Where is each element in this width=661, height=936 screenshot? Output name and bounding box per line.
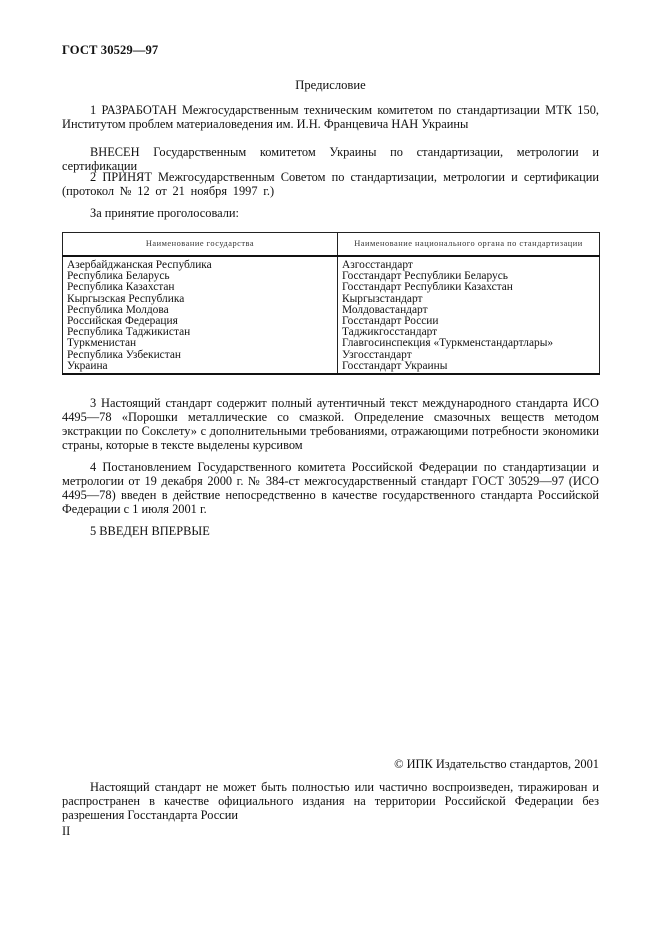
standards-body-name: Госстандарт Украины [342,361,595,372]
reproduction-notice: Настоящий стандарт не может быть полност… [62,780,599,822]
paragraph-1-introduced: ВНЕСЕН Государственным комитетом Украины… [62,145,599,173]
paragraph-5-first-introduced: 5 ВВЕДЕН ВПЕРВЫЕ [62,524,599,538]
copyright-notice: © ИПК Издательство стандартов, 2001 [394,757,599,771]
paragraph-1-developed: 1 РАЗРАБОТАН Межгосударственным техничес… [62,103,599,131]
document-code: ГОСТ 30529—97 [62,43,158,57]
paragraph-voted: За принятие проголосовали: [62,206,599,220]
state-name: Украина [67,361,333,372]
paragraph-text: 5 ВВЕДЕН ВПЕРВЫЕ [90,524,210,538]
column-header-state: Наименование государства [63,233,338,257]
paragraph-4-decree: 4 Постановлением Государственного комите… [62,460,599,516]
paragraph-text: 1 РАЗРАБОТАН Межгосударственным техничес… [62,103,599,131]
column-header-standards-body: Наименование национального органа по ста… [338,233,600,257]
state-name: Республика Казахстан [67,282,333,293]
paragraph-text: 3 Настоящий стандарт содержит полный аут… [62,396,599,452]
state-name: Туркменистан [67,338,333,349]
state-column: Азербайджанская Республика Республика Бе… [63,256,338,374]
paragraph-text: 4 Постановлением Государственного комите… [62,460,599,516]
paragraph-text: 2 ПРИНЯТ Межгосударственным Советом по с… [62,170,599,198]
standards-body-column: Азгосстандарт Госстандарт Республики Бел… [338,256,600,374]
voting-states-table: Наименование государства Наименование на… [62,232,600,375]
standards-body-name: Главгосинспекция «Туркменстандартлары» [342,338,595,349]
paragraph-text: ВНЕСЕН Государственным комитетом Украины… [62,145,599,173]
table-header-row: Наименование государства Наименование на… [63,233,600,257]
paragraph-3-content: 3 Настоящий стандарт содержит полный аут… [62,396,599,452]
table-body-row: Азербайджанская Республика Республика Бе… [63,256,600,374]
section-title: Предисловие [0,78,661,92]
paragraph-text: Настоящий стандарт не может быть полност… [62,780,599,822]
standards-body-name: Госстандарт Республики Казахстан [342,282,595,293]
paragraph-2-adopted: 2 ПРИНЯТ Межгосударственным Советом по с… [62,170,599,198]
paragraph-text: За принятие проголосовали: [90,206,239,220]
page-number: II [62,824,70,838]
